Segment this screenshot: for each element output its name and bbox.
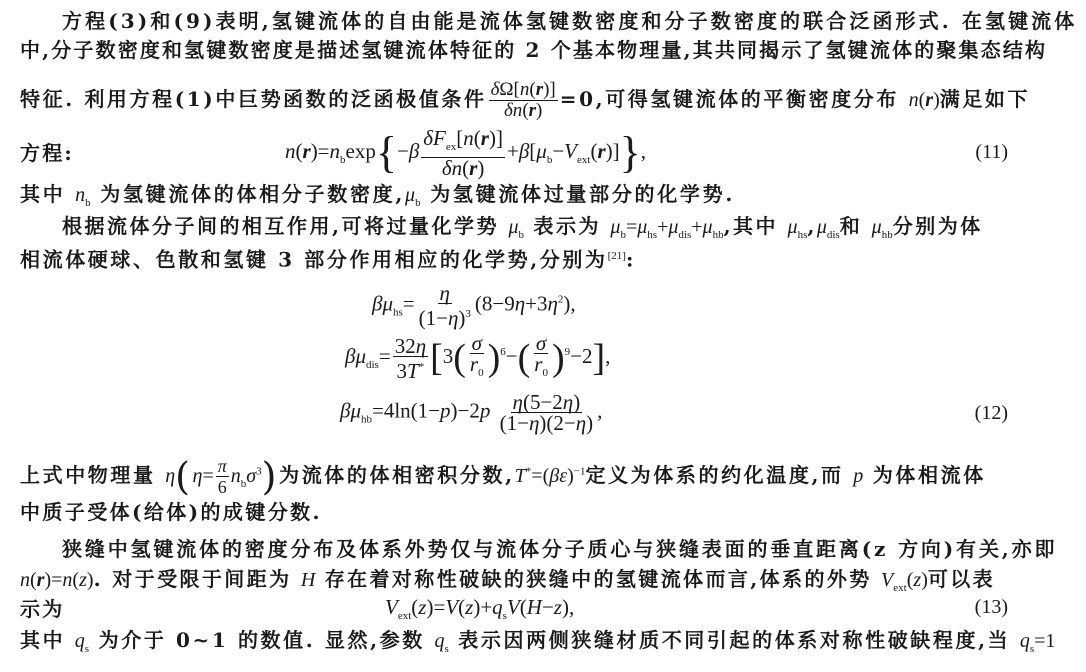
paragraph-6-line-1: 其中 qs 为介于 0~1 的数值. 显然,参数 qs 表示因两侧狭缝材质不同引… <box>20 627 1066 662</box>
text-span: 可以表 <box>928 567 995 591</box>
text-span: 为氢键流体的体相分子数密度, <box>100 182 405 206</box>
paragraph-4-line-1: 上式中物理量 η(η=π6nbσ3)为流体的体相密积分数,T*=(βε)−1定义… <box>20 456 1066 497</box>
citation-ref: [21] <box>608 250 626 262</box>
text-span: 分别为体 <box>893 214 983 238</box>
paragraph-1-line-2: 中,分子数密度和氢键数密度是描述氢键流体特征的 2 个基本物理量,其共同揭示了氢… <box>20 37 1066 63</box>
text-span: 中,分子数密度和氢键数密度是描述氢键流体特征的 2 个基本物理量,其共同揭示了氢… <box>20 38 1047 62</box>
text-span: 上式中物理量 <box>20 463 156 487</box>
paragraph-1-line-3: 特征. 利用方程(1)中巨势函数的泛函极值条件δΩ[n(r)]δn(r)=0,可… <box>20 80 1066 121</box>
text-span: ,其中 <box>724 214 778 238</box>
text-span: : <box>626 248 636 272</box>
text-span: 特征. 利用方程(1)中巨势函数的泛函极值条件 <box>20 87 487 111</box>
text-span: 狭缝中氢键流体的密度分布及体系外势仅与流体分子质心与狭缝表面的垂直距离(z 方向… <box>62 537 1057 561</box>
paragraph-3-line-2: 相流体硬球、色散和氢键 3 部分作用相应的化学势,分别为[21]: <box>20 243 1066 273</box>
equation-11-number: (11) <box>975 141 1008 164</box>
text-span: 其中 <box>20 182 65 206</box>
paper-page: 方程(3)和(9)表明,氢键流体的自由能是流体氢键数密度和分子数密度的联合泛函形… <box>0 0 1086 672</box>
text-span: 为体相流体 <box>873 463 986 487</box>
paragraph-5-line-1: 狭缝中氢键流体的密度分布及体系外势仅与流体分子质心与狭缝表面的垂直距离(z 方向… <box>62 536 1066 562</box>
equation-11: n(r)=nbexp{−βδFex[n(r)]δn(r)+β[μb−Vext(r… <box>285 128 646 178</box>
text-span: 为介于 0~1 的数值. 显然,参数 <box>99 628 425 652</box>
equation-12-dis: βμdis=32η3T*[3(σr0)6−(σr0)9−2], <box>345 333 610 383</box>
equation-13: Vext(z)=V(z)+qsV(H−z), <box>385 595 574 622</box>
text-span: 为氢键流体过量部分的化学势. <box>430 182 735 206</box>
variation-condition-fraction: δΩ[n(r)]δn(r) <box>489 80 558 121</box>
paragraph-2-line-1: 其中 nb 为氢键流体的体相分子数密度,μb 为氢键流体过量部分的化学势. <box>20 181 1066 216</box>
equation-13-number: (13) <box>975 596 1008 619</box>
text-span: 为流体的体相密积分数, <box>279 463 515 487</box>
text-span: 满足如下 <box>940 87 1030 111</box>
text-span: 方程: <box>20 141 74 165</box>
equation-12-number: (12) <box>975 402 1008 425</box>
equation-12-hb: βμhb=4ln(1−p)−2p η(5−2η)(1−η)(2−η), <box>340 392 602 433</box>
paragraph-4-line-2: 中质子受体(给体)的成键分数. <box>20 499 1066 525</box>
text-span: 存在着对称性破缺的狭缝中的氢键流体而言,体系的外势 <box>325 567 872 591</box>
text-span: 其中 <box>20 628 65 652</box>
text-span: 方程(3)和(9)表明,氢键流体的自由能是流体氢键数密度和分子数密度的联合泛函形… <box>62 9 1077 33</box>
text-span: . 对于受限于间距为 <box>94 567 292 591</box>
paragraph-1-line-1: 方程(3)和(9)表明,氢键流体的自由能是流体氢键数密度和分子数密度的联合泛函形… <box>62 8 1066 34</box>
text-span: 表示为 <box>533 214 601 238</box>
text-span: 示为 <box>20 597 64 621</box>
text-span: 相流体硬球、色散和氢键 3 部分作用相应的化学势,分别为 <box>20 248 608 272</box>
text-span: 和 <box>840 214 863 238</box>
text-span: 定义为体系的约化温度,而 <box>585 463 843 487</box>
text-span: 表示因两侧狭缝材质不同引起的体系对称性破缺程度,当 <box>458 628 1010 652</box>
text-span: 根据流体分子间的相互作用,可将过量化学势 <box>62 214 499 238</box>
text-span: =0,可得氢键流体的平衡密度分布 <box>560 87 899 111</box>
equation-12-hs: βμhs=η(1−η)3(8−9η+3η2), <box>372 283 576 328</box>
text-span: 中质子受体(给体)的成键分数. <box>20 500 322 524</box>
